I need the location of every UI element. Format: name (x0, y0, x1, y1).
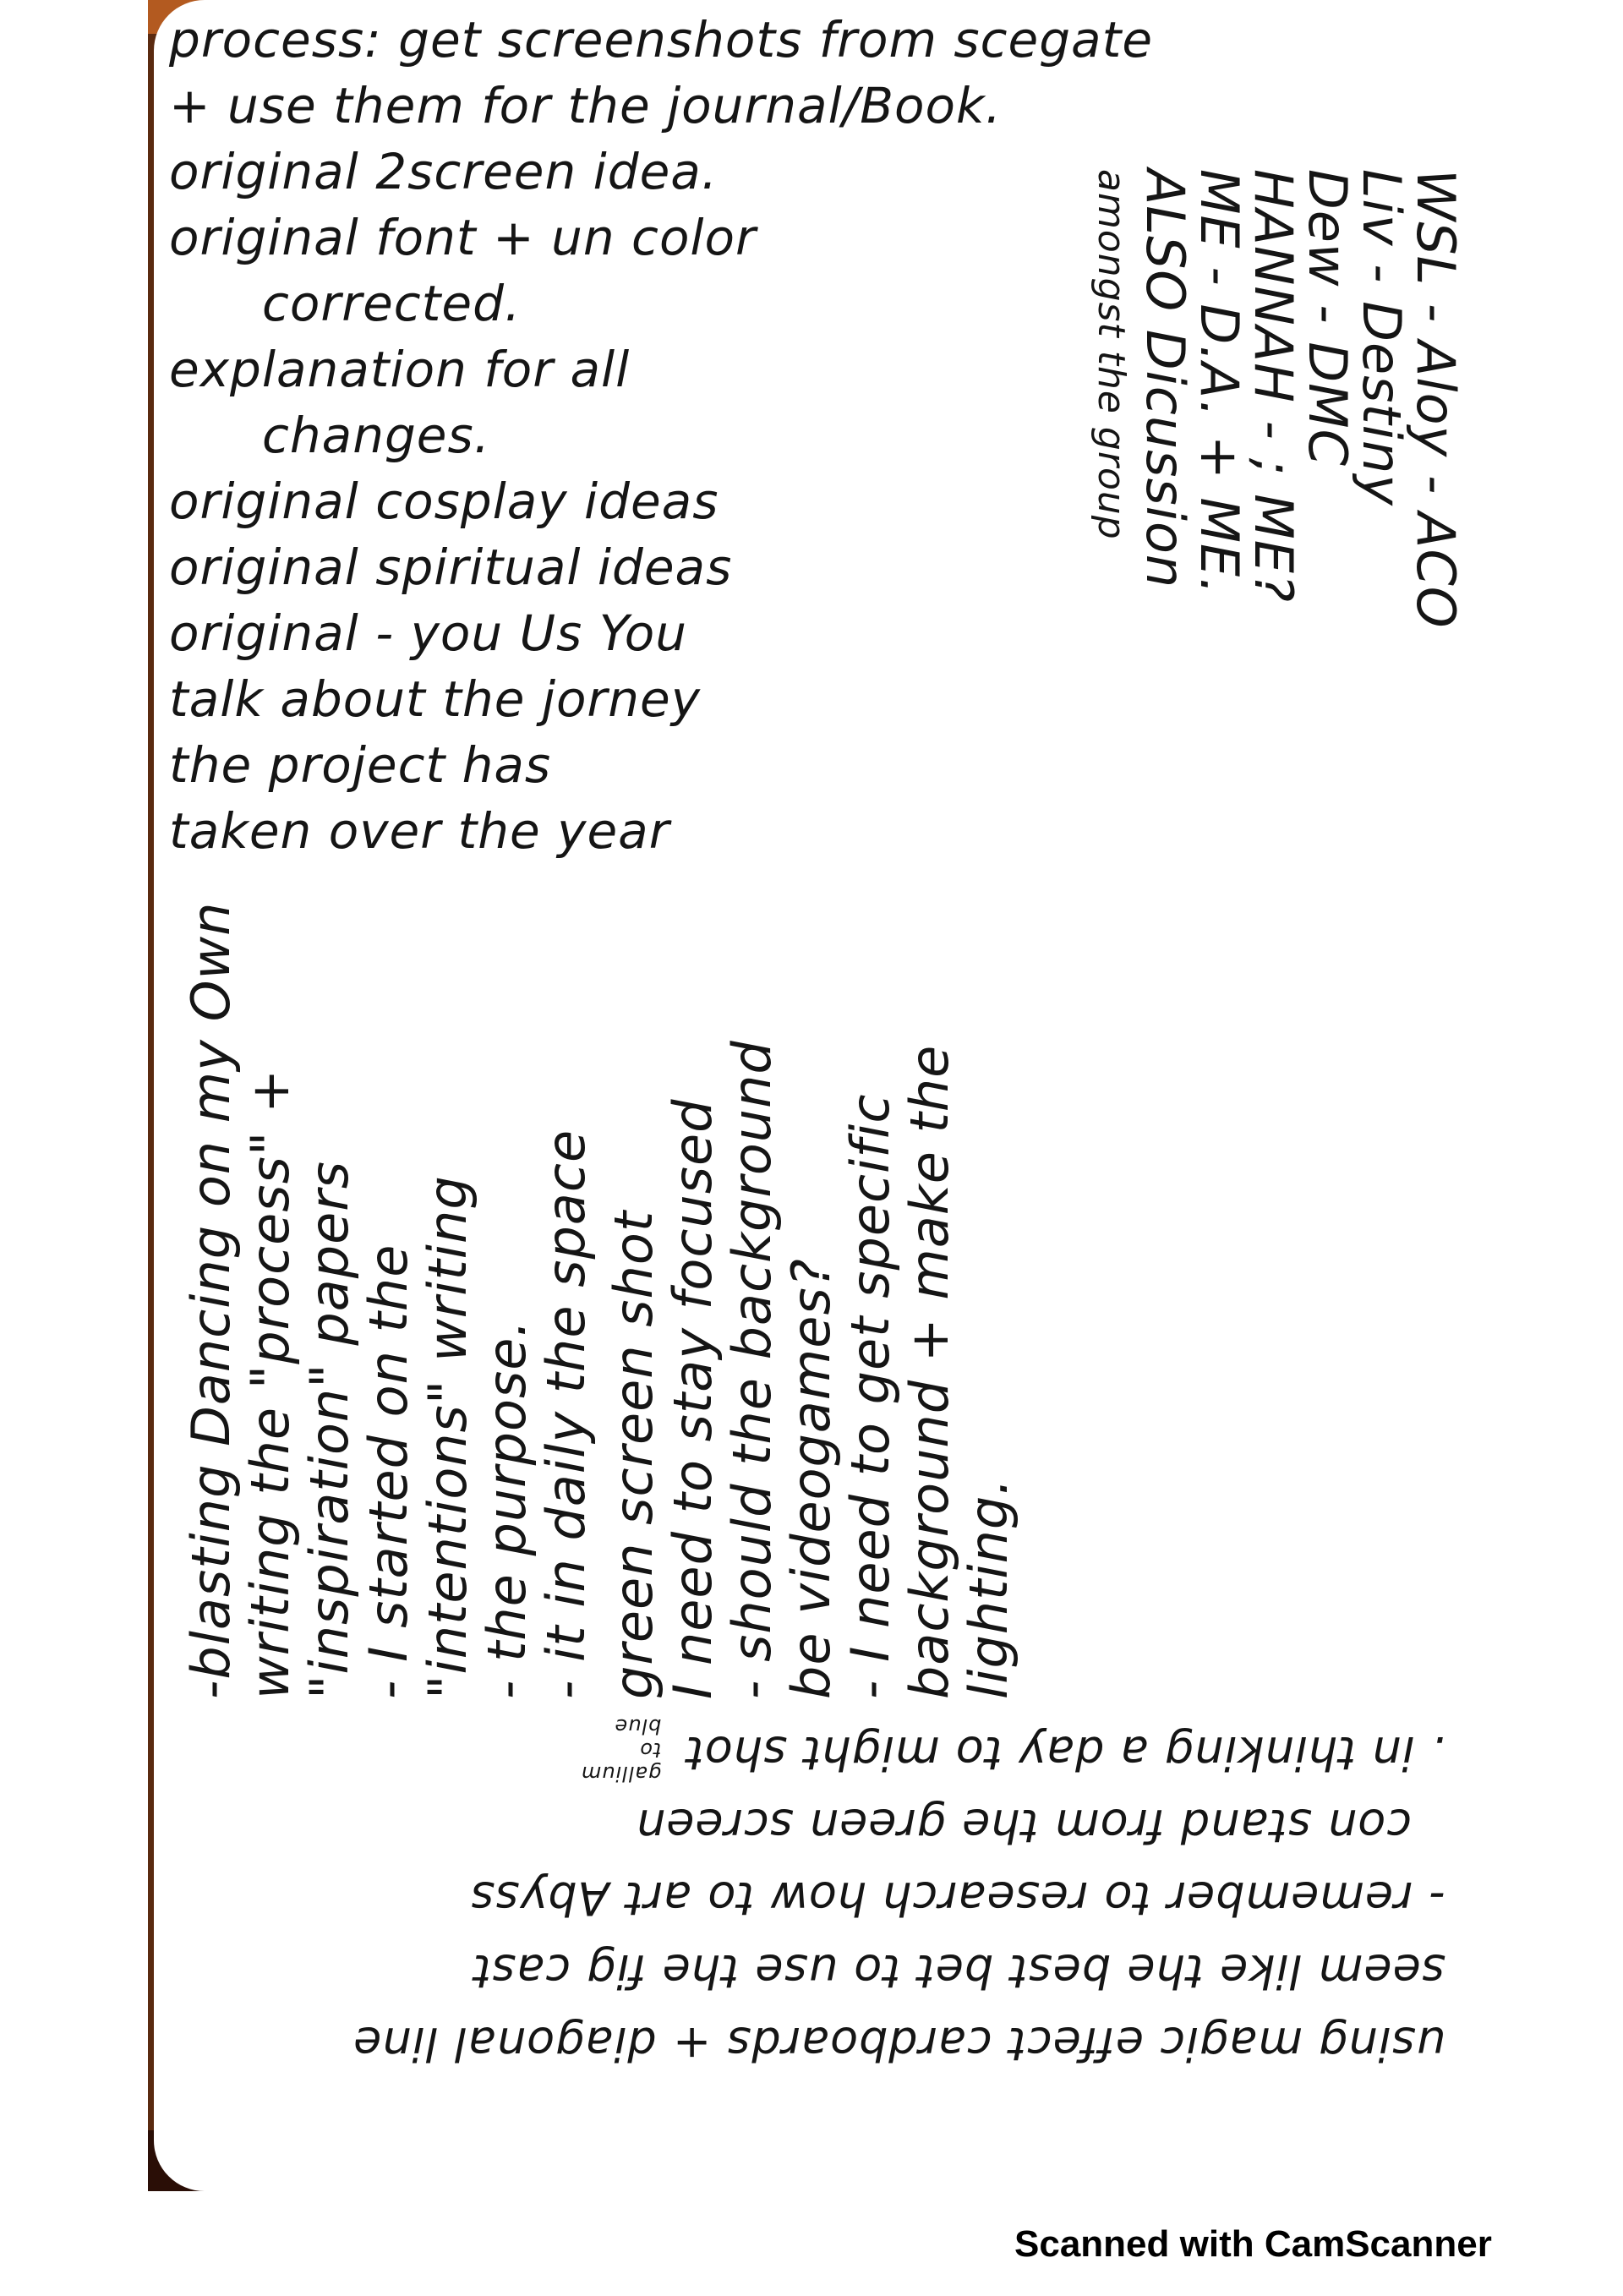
note-line: green screen shot (604, 1040, 664, 1699)
note-line: - the purpose. (478, 902, 537, 1699)
note-line: corrected. (169, 271, 1153, 336)
roles-list-block: WSL - Aloy - ACO Liv - Destiny Dew - DMC… (1084, 169, 1462, 629)
note-line: original - you Us You (169, 600, 1153, 666)
middle-right-notes-block: green screen shot I need to stay focused… (604, 1040, 1019, 1699)
note-line: lighting. (959, 1040, 1019, 1699)
camscanner-watermark: Scanned with CamScanner (1014, 2223, 1492, 2266)
role-line: Dew - DMC (1300, 169, 1354, 629)
middle-left-notes-block: -blasting Dancing on my Own writing the … (182, 902, 596, 1699)
role-line: Liv - Destiny (1354, 169, 1408, 629)
role-line: HANNAH - ; ME? (1246, 169, 1300, 629)
note-line: - should the background (723, 1040, 782, 1699)
margin-annotation: gallium to blue (581, 1714, 662, 1785)
note-text: . in thinking a day to might shot (686, 1726, 1445, 1779)
note-line: seem like the best bet to use the fig ca… (194, 1934, 1445, 2007)
note-line: - I started on the (359, 902, 418, 1699)
role-line: amongst the group (1084, 169, 1138, 629)
note-line: I need to stay focused (664, 1040, 723, 1699)
note-line: process: get screenshots from scegate (169, 7, 1153, 73)
note-line: "inspiration" papers (300, 902, 359, 1699)
note-line: original cosplay ideas (169, 468, 1153, 534)
top-notes-block: process: get screenshots from scegate + … (169, 7, 1153, 864)
note-line: -blasting Dancing on my Own (182, 902, 241, 1699)
role-line: WSL - Aloy - ACO (1408, 169, 1462, 629)
note-line: - I need to get specific (841, 1040, 900, 1699)
note-line-with-annotation: . in thinking a day to might shot galliu… (194, 1716, 1445, 1789)
note-line: talk about the jorney (169, 666, 1153, 732)
bottom-upside-down-block: using magic effect cardboards + diagonal… (194, 1716, 1445, 2080)
note-line: original 2screen idea. (169, 139, 1153, 205)
note-line: the project has (169, 732, 1153, 798)
note-line: be videogames? (782, 1040, 841, 1699)
note-line: explanation for all (169, 336, 1153, 402)
note-line: original spiritual ideas (169, 534, 1153, 600)
role-line: ALSO Dicussion (1138, 169, 1192, 629)
note-line: using magic effect cardboards + diagonal… (194, 2007, 1445, 2080)
note-line: changes. (169, 402, 1153, 468)
note-line: + use them for the journal/Book. (169, 73, 1153, 139)
note-line: - it in daily the space (537, 902, 596, 1699)
note-line: "intentions" writing (418, 902, 478, 1699)
note-line: taken over the year (169, 798, 1153, 864)
note-line: original font + un color (169, 205, 1153, 271)
note-line: - remember to research how to art Abyss (194, 1861, 1445, 1934)
note-line: con stand from the green screen (194, 1789, 1445, 1861)
role-line: ME - D.A. + ME. (1192, 169, 1246, 629)
note-line: background + make the (900, 1040, 959, 1699)
note-line: writing the "process" + (241, 902, 300, 1699)
